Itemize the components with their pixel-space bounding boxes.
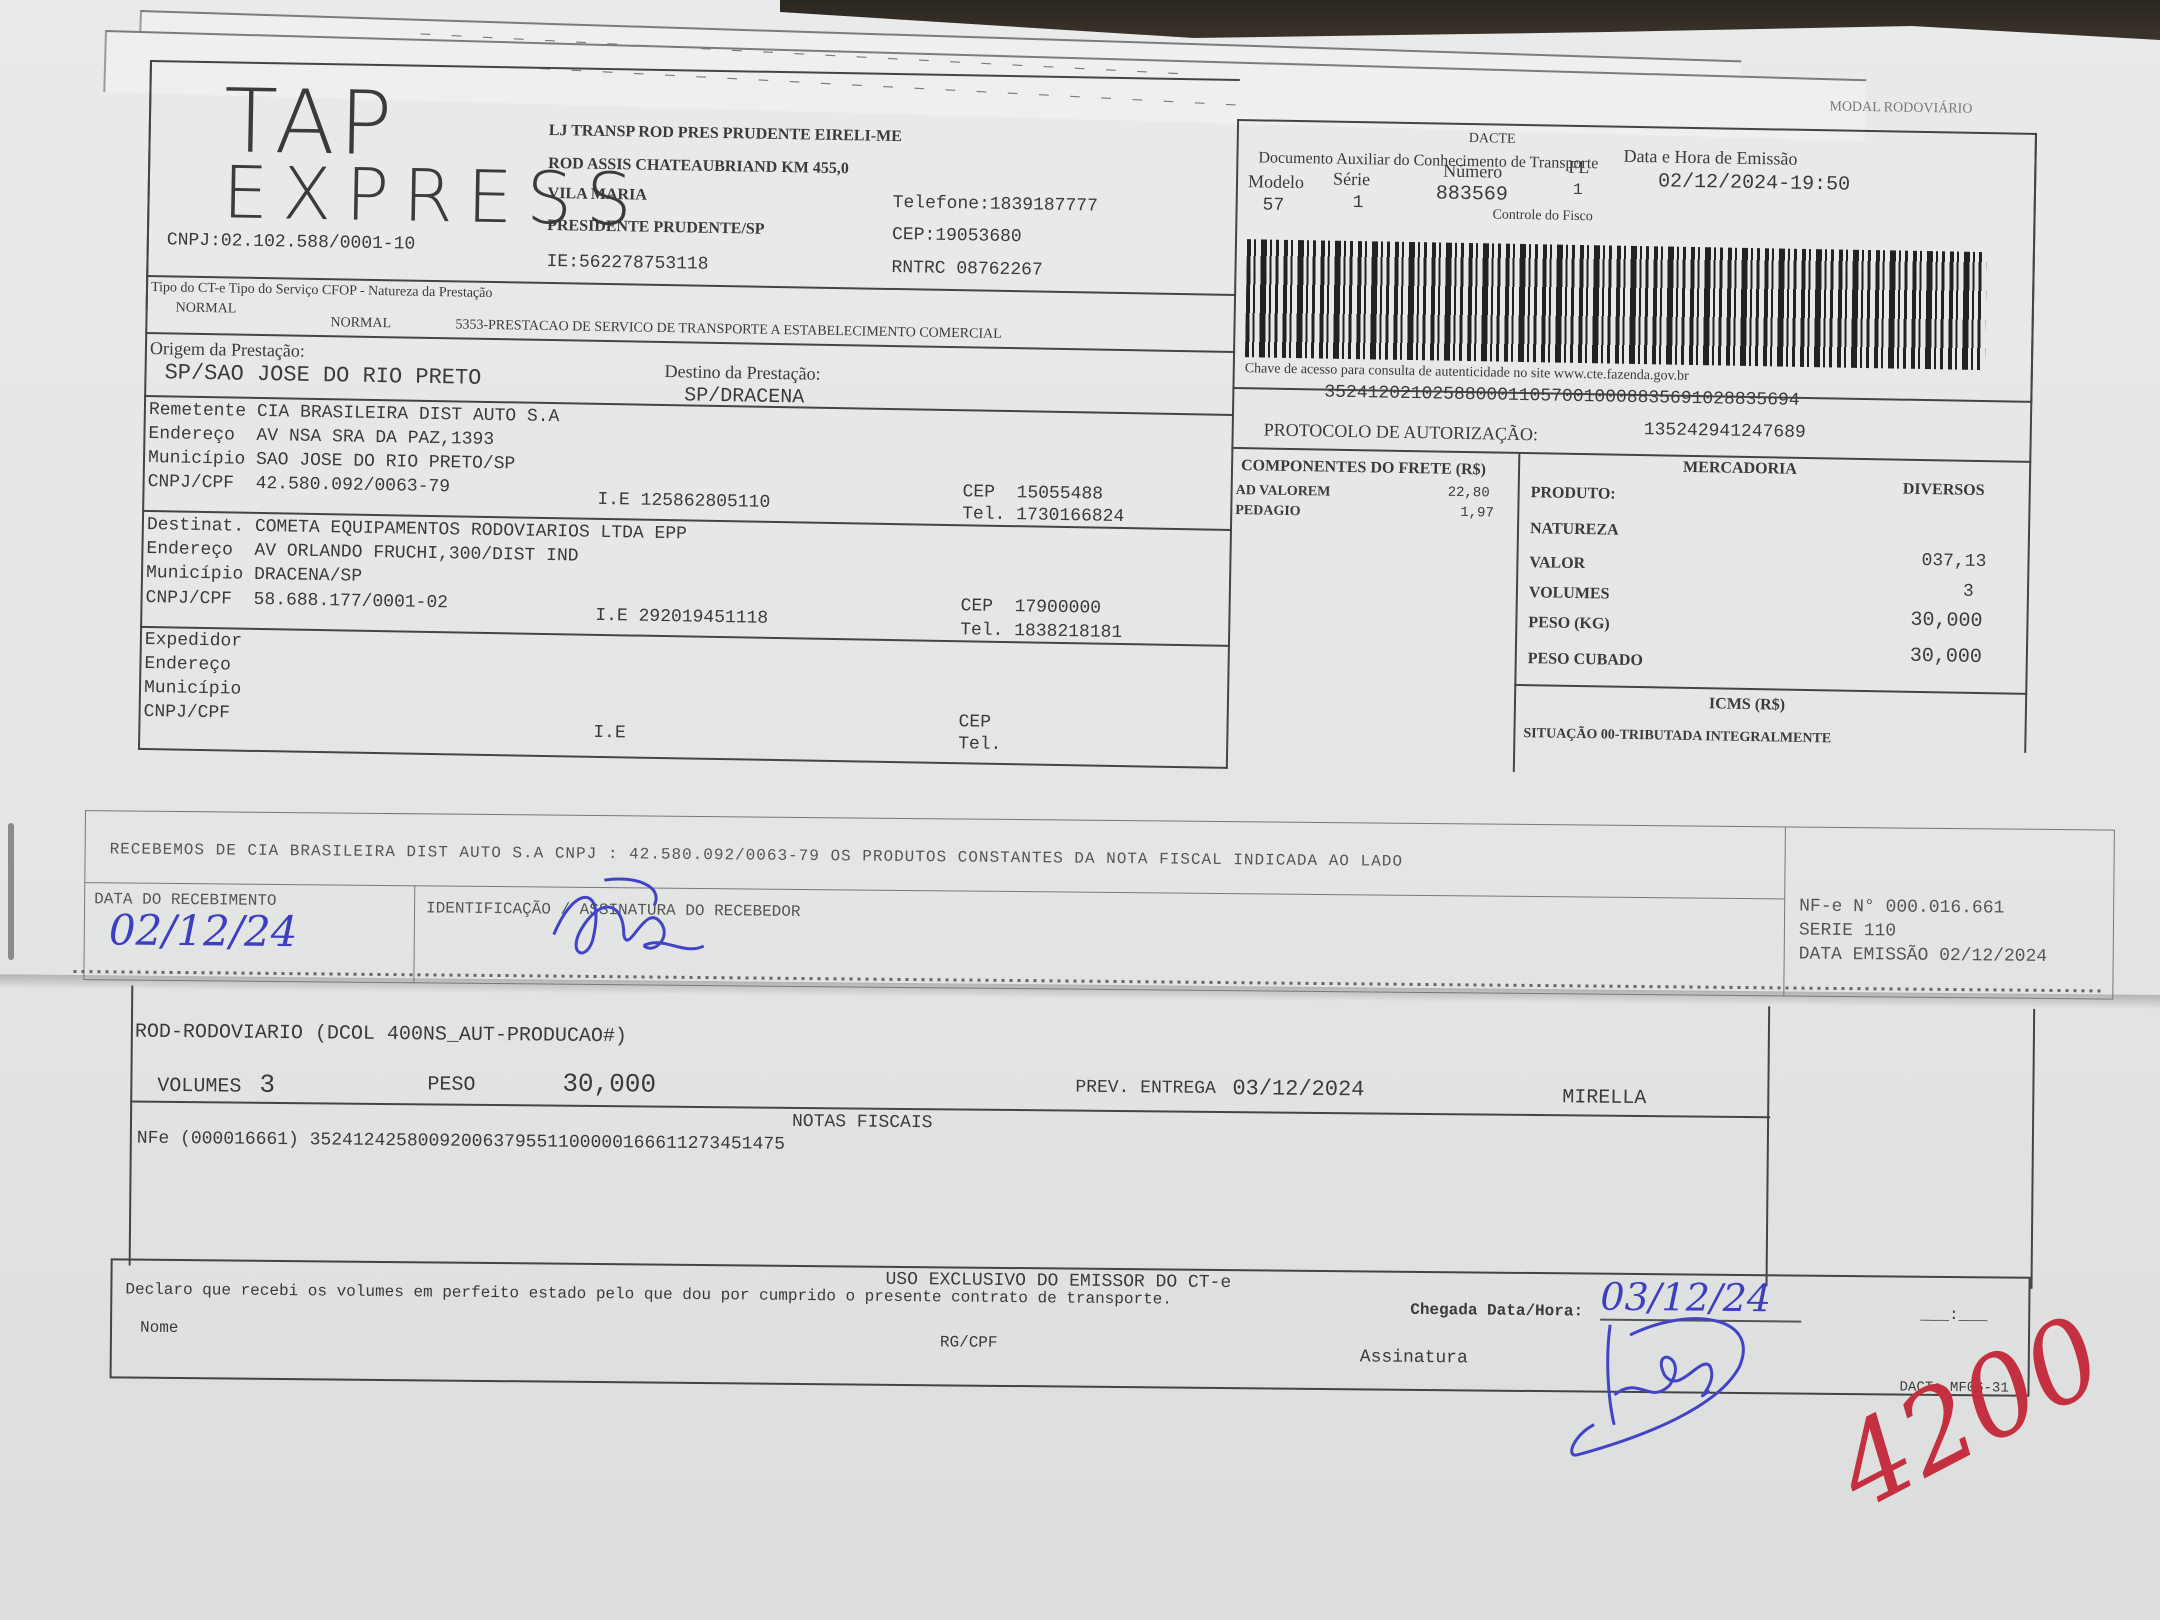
fl-value: 1 bbox=[1573, 181, 1583, 199]
remetente-endereco-line: Endereço AV NSA SRA DA PAZ,1393 bbox=[148, 424, 494, 450]
icms-header: ICMS (R$) bbox=[1709, 695, 1785, 714]
remetente-municipio-label: Município bbox=[148, 448, 246, 470]
nome-label: Nome bbox=[140, 1319, 179, 1337]
arrival-signature bbox=[1569, 1294, 1851, 1467]
rg-cpf-label: RG/CPF bbox=[940, 1333, 998, 1352]
destinatario-tel-label: Tel. bbox=[960, 620, 1004, 641]
origem-label: Origem da Prestação: bbox=[150, 338, 305, 362]
peso-value: 30,000 bbox=[1910, 609, 1982, 633]
remetente-endereco-label: Endereço bbox=[148, 424, 235, 446]
notas-fiscais-header: NOTAS FISCAIS bbox=[792, 1112, 933, 1133]
remetente-cep-line: CEP 15055488 bbox=[962, 482, 1103, 504]
nfe-data-emissao: DATA EMISSÃO 02/12/2024 bbox=[1799, 945, 2048, 967]
assinatura-label: Assinatura bbox=[1360, 1347, 1468, 1368]
dacte-upper-section: TAP EXPRESS CNPJ:02.102.588/0001-10 LJ T… bbox=[138, 60, 2040, 783]
remetente-endereco: AV NSA SRA DA PAZ,1393 bbox=[256, 426, 494, 450]
volumes-value: 3 bbox=[1963, 582, 1974, 602]
produto-label: PRODUTO: bbox=[1530, 484, 1615, 503]
destinatario-ie: 292019451118 bbox=[638, 607, 768, 629]
frete-mercadoria-divider bbox=[1513, 452, 1521, 772]
remetente-name: CIA BRASILEIRA DIST AUTO S.A bbox=[257, 402, 560, 427]
controle-fisco-label: Controle do Fisco bbox=[1492, 207, 1593, 225]
remetente-tel-label: Tel. bbox=[962, 504, 1006, 525]
remetente-ie-label: I.E bbox=[597, 490, 630, 511]
barcode bbox=[1245, 239, 1987, 370]
remetente-cnpj-line: CNPJ/CPF 42.580.092/0063-79 bbox=[147, 472, 450, 497]
remetente-label: Remetente bbox=[149, 400, 247, 422]
origem-value: SP/SAO JOSE DO RIO PRETO bbox=[164, 360, 481, 391]
lower-right-border bbox=[2030, 1009, 2035, 1289]
emitter-city: PRESIDENTE PRUDENTE/SP bbox=[547, 217, 765, 239]
numero-value: 883569 bbox=[1436, 182, 1508, 206]
lower-peso-label: PESO bbox=[427, 1073, 475, 1096]
produto-value: DIVERSOS bbox=[1903, 481, 1985, 500]
hora-blank: ___:___ bbox=[1920, 1306, 1987, 1325]
destinatario-municipio-line: Município DRACENA/SP bbox=[146, 563, 362, 587]
protocolo-label: PROTOCOLO DE AUTORIZAÇÃO: bbox=[1264, 419, 1539, 445]
frete-item-value: 1,97 bbox=[1460, 505, 1494, 522]
icms-situacao: SITUAÇÃO 00-TRIBUTADA INTEGRALMENTE bbox=[1523, 726, 1831, 747]
emissao-value: 02/12/2024-19:50 bbox=[1658, 170, 1850, 196]
lower-left-border bbox=[129, 986, 134, 1266]
emissao-label: Data e Hora de Emissão bbox=[1623, 146, 1797, 170]
frete-item-label: PEDAGIO bbox=[1235, 503, 1301, 520]
protocolo-value: 135242941247689 bbox=[1644, 420, 1806, 443]
destinatario-cep-line: CEP 17900000 bbox=[960, 596, 1101, 618]
peso-label: PESO (KG) bbox=[1528, 614, 1610, 633]
nfe-numero: NF-e N° 000.016.661 bbox=[1799, 897, 2004, 919]
destinatario-ie-label: I.E bbox=[595, 606, 628, 627]
destinatario-label: Destinat. bbox=[147, 515, 245, 537]
destinatario-municipio: DRACENA/SP bbox=[254, 565, 362, 587]
destinatario-tel: 1838218181 bbox=[1014, 621, 1122, 643]
remetente-municipio-line: Município SAO JOSE DO RIO PRETO/SP bbox=[148, 448, 516, 474]
destinatario-cnpj-line: CNPJ/CPF 58.688.177/0001-02 bbox=[145, 588, 448, 613]
lower-mid-border bbox=[1766, 1006, 1771, 1286]
remetente-cnpj: 42.580.092/0063-79 bbox=[255, 474, 450, 497]
remetente-line: Remetente CIA BRASILEIRA DIST AUTO S.A bbox=[149, 400, 560, 427]
natureza-label: NATUREZA bbox=[1530, 520, 1619, 540]
expedidor-cnpj-label: CNPJ/CPF bbox=[143, 702, 230, 724]
mercadoria-header: MERCADORIA bbox=[1683, 459, 1797, 479]
lower-volumes-value: 3 bbox=[259, 1070, 275, 1100]
remetente-ie: 125862805110 bbox=[640, 491, 770, 513]
tipo-cte: NORMAL bbox=[176, 300, 237, 317]
expedidor-endereco-label: Endereço bbox=[144, 654, 231, 676]
destino-label: Destino da Prestação: bbox=[664, 361, 820, 385]
remetente-cnpj-label: CNPJ/CPF bbox=[147, 472, 234, 494]
numero-label: Número bbox=[1443, 161, 1502, 183]
destinatario-cnpj: 58.688.177/0001-02 bbox=[253, 590, 448, 613]
valor-value: 037,13 bbox=[1921, 551, 1986, 572]
modal-line: ROD-RODOVIARIO (DCOL 400NS_AUT-PRODUCAO#… bbox=[135, 1021, 627, 1049]
fl-label: FL bbox=[1568, 157, 1589, 178]
bottom-border bbox=[138, 748, 1228, 769]
destinatario-endereco-label: Endereço bbox=[146, 539, 233, 561]
destinatario-municipio-label: Município bbox=[146, 563, 244, 585]
lower-volumes-label: VOLUMES bbox=[157, 1075, 241, 1099]
peso-cubado-label: PESO CUBADO bbox=[1528, 650, 1643, 670]
dacte-title: DACTE bbox=[1469, 131, 1516, 148]
remetente-ie-line: I.E 125862805110 bbox=[597, 490, 770, 513]
modelo-label: Modelo bbox=[1248, 171, 1304, 193]
lower-volumes-line: VOLUMES 3 bbox=[157, 1069, 275, 1100]
tipo-servico: NORMAL bbox=[330, 315, 391, 332]
emitter-ie: IE:562278753118 bbox=[546, 252, 708, 275]
emitter-rntrc: RNTRC 08762267 bbox=[891, 258, 1043, 281]
frete-item-value: 22,80 bbox=[1448, 485, 1490, 502]
valor-label: VALOR bbox=[1529, 554, 1585, 573]
destinatario-cep: 17900000 bbox=[1014, 597, 1101, 619]
dacte-lower-section: RECEBEMOS DE CIA BRASILEIRA DIST AUTO S.… bbox=[68, 810, 2135, 1530]
prev-entrega-value: 03/12/2024 bbox=[1232, 1076, 1364, 1102]
expedidor-municipio-label: Município bbox=[144, 678, 242, 700]
expedidor-ie-label: I.E bbox=[593, 723, 626, 744]
destinatario-endereco-line: Endereço AV ORLANDO FRUCHI,300/DIST IND bbox=[146, 539, 578, 567]
modelo-value: 57 bbox=[1262, 195, 1284, 215]
destinatario-name: COMETA EQUIPAMENTOS RODOVIARIOS LTDA EPP bbox=[255, 517, 687, 545]
serie-label: Série bbox=[1333, 169, 1370, 191]
destinatario-cep-label: CEP bbox=[960, 596, 993, 617]
receiver-signature bbox=[533, 874, 724, 976]
divider bbox=[130, 1101, 1770, 1119]
expedidor-label: Expedidor bbox=[145, 630, 243, 652]
modal-label: MODAL RODOVIÁRIO bbox=[1829, 99, 1972, 117]
destinatario-cnpj-label: CNPJ/CPF bbox=[145, 588, 232, 610]
nfe-serie: SERIE 110 bbox=[1799, 921, 1896, 942]
nfe-line: NFe (000016661) 352412425800920063795511… bbox=[137, 1129, 785, 1155]
destinatario-ie-line: I.E 292019451118 bbox=[595, 606, 768, 629]
destinatario-tel-line: Tel. 1838218181 bbox=[960, 620, 1122, 643]
emitter-cep: CEP:19053680 bbox=[892, 225, 1022, 247]
chegada-label: Chegada Data/Hora: bbox=[1410, 1301, 1583, 1321]
frete-item-label: AD VALOREM bbox=[1236, 483, 1331, 501]
remetente-cep: 15055488 bbox=[1016, 483, 1103, 505]
remetente-tel-line: Tel. 1730166824 bbox=[962, 504, 1124, 527]
remetente-municipio: SAO JOSE DO RIO PRETO/SP bbox=[256, 450, 516, 475]
remetente-tel: 1730166824 bbox=[1016, 505, 1124, 527]
binder-strip bbox=[8, 823, 14, 960]
prev-entrega-label: PREV. ENTREGA bbox=[1075, 1078, 1216, 1099]
operator-name: MIRELLA bbox=[1562, 1086, 1646, 1110]
volumes-label: VOLUMES bbox=[1529, 584, 1610, 603]
peso-cubado-value: 30,000 bbox=[1910, 645, 1982, 669]
emitter-phone: Telefone:1839187777 bbox=[892, 193, 1098, 217]
lower-peso-value: 30,000 bbox=[562, 1069, 656, 1100]
data-recebimento-handwritten: 02/12/24 bbox=[109, 905, 298, 956]
remetente-cep-label: CEP bbox=[962, 482, 995, 503]
table-background bbox=[780, 0, 2160, 40]
serie-value: 1 bbox=[1353, 193, 1364, 213]
divider bbox=[1514, 684, 2027, 695]
expedidor-tel-label: Tel. bbox=[958, 734, 1002, 755]
expedidor-cep-label: CEP bbox=[958, 712, 991, 733]
emitter-district: VILA MARIA bbox=[548, 185, 647, 205]
frete-header: COMPONENTES DO FRETE (R$) bbox=[1241, 457, 1486, 479]
destinatario-endereco: AV ORLANDO FRUCHI,300/DIST IND bbox=[254, 541, 578, 567]
